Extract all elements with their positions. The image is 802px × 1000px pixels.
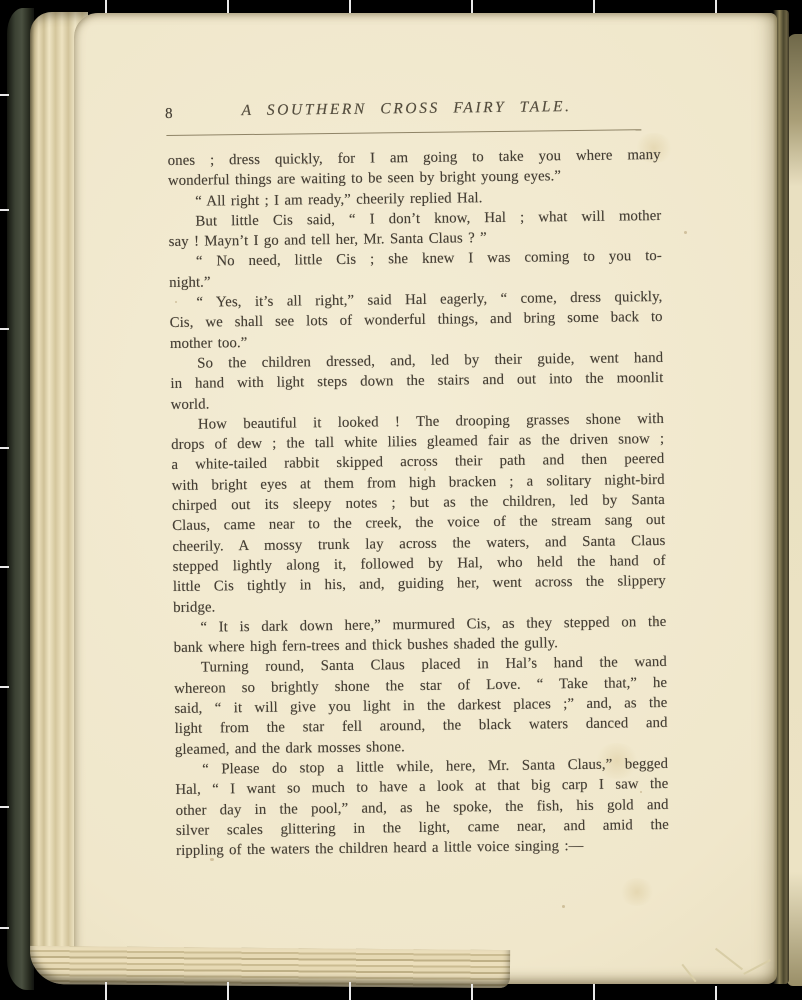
- header-rule: [166, 129, 641, 136]
- ruler-tick-bottom: [471, 984, 473, 1000]
- page-content: 8 A SOUTHERN CROSS FAIRY TALE. ones ; dr…: [167, 97, 669, 861]
- page-header: 8 A SOUTHERN CROSS FAIRY TALE.: [167, 97, 660, 127]
- ruler-tick-top: [227, 0, 229, 13]
- ruler-tick-left: [0, 806, 9, 808]
- ruler-tick-bottom: [715, 986, 717, 1000]
- ruler-tick-top: [349, 0, 351, 13]
- page-edges-stack-bottom: [30, 946, 510, 988]
- ruler-tick-bottom: [105, 982, 107, 1000]
- ruler-tick-top: [105, 0, 107, 13]
- ruler-tick-bottom: [593, 984, 595, 1000]
- ruler-tick-left: [0, 209, 9, 211]
- ruler-tick-left: [0, 686, 9, 688]
- book-page: 8 A SOUTHERN CROSS FAIRY TALE. ones ; dr…: [74, 13, 777, 984]
- text-block: ones ; dress quickly, for I am going to …: [168, 145, 670, 861]
- ruler-tick-left: [0, 328, 9, 330]
- adjacent-page-edge: [787, 34, 802, 986]
- ruler-tick-top: [715, 0, 717, 13]
- paper-stain: [619, 878, 655, 906]
- foxing-speck: [684, 231, 687, 234]
- ruler-tick-left: [0, 447, 9, 449]
- ruler-tick-left: [0, 94, 9, 96]
- foxing-speck: [562, 905, 565, 908]
- ruler-tick-top: [593, 0, 595, 13]
- gutter-shadow: [773, 10, 789, 984]
- page-number: 8: [165, 106, 174, 123]
- ruler-tick-bottom: [349, 982, 351, 1000]
- scanned-book-photograph: 8 A SOUTHERN CROSS FAIRY TALE. ones ; dr…: [0, 0, 802, 1000]
- ruler-tick-bottom: [227, 982, 229, 1000]
- ruler-tick-left: [0, 566, 9, 568]
- running-title: A SOUTHERN CROSS FAIRY TALE.: [167, 97, 660, 121]
- ruler-tick-top: [471, 0, 473, 13]
- ruler-tick-left: [0, 927, 9, 929]
